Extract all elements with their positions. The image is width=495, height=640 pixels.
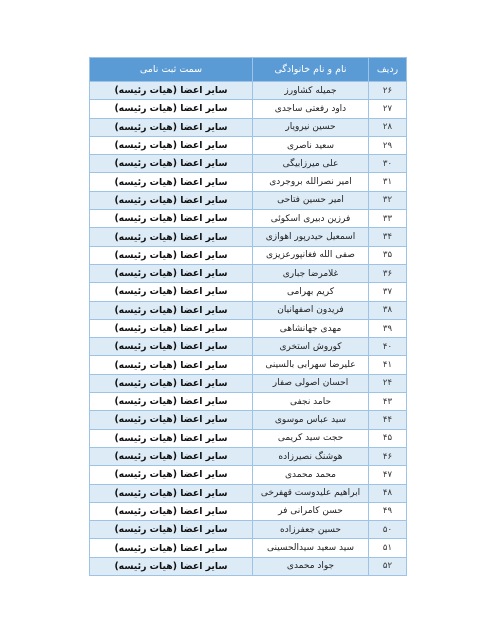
registration-position-cell: سایر اعضا (هیات رئیسه) [90, 557, 253, 575]
full-name-cell: علیرضا سهرابی بالسینی [253, 356, 369, 374]
full-name-cell: جمیله کشاورز [253, 82, 369, 100]
table-row: ۳۸فریدون اصفهانیانسایر اعضا (هیات رئیسه) [90, 301, 407, 319]
table-row: ۲۸حسین نیرویارسایر اعضا (هیات رئیسه) [90, 118, 407, 136]
full-name-cell: سید سعید سیدالحسینی [253, 539, 369, 557]
full-name-cell: احسان اصولی صفار [253, 374, 369, 392]
header-row-number: ردیف [369, 58, 407, 82]
table-row: ۴۴سید عباس موسویسایر اعضا (هیات رئیسه) [90, 411, 407, 429]
full-name-cell: سعید ناصری [253, 136, 369, 154]
registration-position-cell: سایر اعضا (هیات رئیسه) [90, 283, 253, 301]
registration-position-cell: سایر اعضا (هیات رئیسه) [90, 521, 253, 539]
registration-position-cell: سایر اعضا (هیات رئیسه) [90, 429, 253, 447]
full-name-cell: داود رفعتی ساجدی [253, 100, 369, 118]
row-number-cell: ۳۶ [369, 264, 407, 282]
table-row: ۳۰علی میرزابیگیسایر اعضا (هیات رئیسه) [90, 155, 407, 173]
row-number-cell: ۳۱ [369, 173, 407, 191]
row-number-cell: ۴۱ [369, 356, 407, 374]
full-name-cell: فرزین دبیری اسکوئی [253, 210, 369, 228]
full-name-cell: جواد محمدی [253, 557, 369, 575]
row-number-cell: ۵۰ [369, 521, 407, 539]
full-name-cell: صفی الله فغانپورعزیزی [253, 246, 369, 264]
registration-position-cell: سایر اعضا (هیات رئیسه) [90, 393, 253, 411]
row-number-cell: ۴۰ [369, 338, 407, 356]
table-row: ۴۸ابراهیم علیدوست قهفرخیسایر اعضا (هیات … [90, 484, 407, 502]
table-header-row: ردیف نام و نام خانوادگی سمت ثبت نامی [90, 58, 407, 82]
table-row: ۴۷محمد محمدیسایر اعضا (هیات رئیسه) [90, 466, 407, 484]
full-name-cell: حسین جعفرزاده [253, 521, 369, 539]
full-name-cell: حامد نجفی [253, 393, 369, 411]
row-number-cell: ۲۷ [369, 100, 407, 118]
full-name-cell: امیر حسین فتاحی [253, 191, 369, 209]
row-number-cell: ۵۲ [369, 557, 407, 575]
row-number-cell: ۴۶ [369, 447, 407, 465]
row-number-cell: ۳۸ [369, 301, 407, 319]
table-row: ۲۶جمیله کشاورزسایر اعضا (هیات رئیسه) [90, 82, 407, 100]
registration-position-cell: سایر اعضا (هیات رئیسه) [90, 319, 253, 337]
registration-position-cell: سایر اعضا (هیات رئیسه) [90, 118, 253, 136]
table-row: ۳۷کریم بهرامیسایر اعضا (هیات رئیسه) [90, 283, 407, 301]
table-row: ۳۱امیر نصرالله بروجردیسایر اعضا (هیات رئ… [90, 173, 407, 191]
row-number-cell: ۳۵ [369, 246, 407, 264]
row-number-cell: ۵۱ [369, 539, 407, 557]
full-name-cell: امیر نصرالله بروجردی [253, 173, 369, 191]
full-name-cell: حجت سید کریمی [253, 429, 369, 447]
registration-position-cell: سایر اعضا (هیات رئیسه) [90, 466, 253, 484]
full-name-cell: ابراهیم علیدوست قهفرخی [253, 484, 369, 502]
table-row: ۴۳حامد نجفیسایر اعضا (هیات رئیسه) [90, 393, 407, 411]
table-row: ۵۲جواد محمدیسایر اعضا (هیات رئیسه) [90, 557, 407, 575]
table-row: ۵۱سید سعید سیدالحسینیسایر اعضا (هیات رئی… [90, 539, 407, 557]
row-number-cell: ۳۴ [369, 228, 407, 246]
registration-position-cell: سایر اعضا (هیات رئیسه) [90, 191, 253, 209]
table-row: ۳۳فرزین دبیری اسکوئیسایر اعضا (هیات رئیس… [90, 210, 407, 228]
row-number-cell: ۴۸ [369, 484, 407, 502]
full-name-cell: علی میرزابیگی [253, 155, 369, 173]
row-number-cell: ۳۲ [369, 191, 407, 209]
table-row: ۲۹سعید ناصریسایر اعضا (هیات رئیسه) [90, 136, 407, 154]
row-number-cell: ۲۴ [369, 374, 407, 392]
full-name-cell: حسین نیرویار [253, 118, 369, 136]
full-name-cell: کریم بهرامی [253, 283, 369, 301]
registration-position-cell: سایر اعضا (هیات رئیسه) [90, 338, 253, 356]
header-full-name: نام و نام خانوادگی [253, 58, 369, 82]
full-name-cell: هوشنگ نصیرزاده [253, 447, 369, 465]
header-registration-position: سمت ثبت نامی [90, 58, 253, 82]
registration-position-cell: سایر اعضا (هیات رئیسه) [90, 484, 253, 502]
row-number-cell: ۲۹ [369, 136, 407, 154]
row-number-cell: ۴۵ [369, 429, 407, 447]
row-number-cell: ۲۶ [369, 82, 407, 100]
registration-position-cell: سایر اعضا (هیات رئیسه) [90, 100, 253, 118]
table-row: ۴۹حسن کامرانی فرسایر اعضا (هیات رئیسه) [90, 502, 407, 520]
registration-position-cell: سایر اعضا (هیات رئیسه) [90, 539, 253, 557]
registration-position-cell: سایر اعضا (هیات رئیسه) [90, 173, 253, 191]
members-table: ردیف نام و نام خانوادگی سمت ثبت نامی ۲۶ج… [89, 57, 407, 576]
row-number-cell: ۳۹ [369, 319, 407, 337]
table-row: ۳۲امیر حسین فتاحیسایر اعضا (هیات رئیسه) [90, 191, 407, 209]
row-number-cell: ۴۴ [369, 411, 407, 429]
registration-position-cell: سایر اعضا (هیات رئیسه) [90, 411, 253, 429]
table-row: ۳۹مهدی جهانشاهیسایر اعضا (هیات رئیسه) [90, 319, 407, 337]
registration-position-cell: سایر اعضا (هیات رئیسه) [90, 155, 253, 173]
row-number-cell: ۴۳ [369, 393, 407, 411]
full-name-cell: غلامرضا جباری [253, 264, 369, 282]
row-number-cell: ۴۷ [369, 466, 407, 484]
table-row: ۲۷داود رفعتی ساجدیسایر اعضا (هیات رئیسه) [90, 100, 407, 118]
table-row: ۴۰کوروش استخریسایر اعضا (هیات رئیسه) [90, 338, 407, 356]
table-row: ۴۵حجت سید کریمیسایر اعضا (هیات رئیسه) [90, 429, 407, 447]
registration-position-cell: سایر اعضا (هیات رئیسه) [90, 264, 253, 282]
full-name-cell: مهدی جهانشاهی [253, 319, 369, 337]
full-name-cell: کوروش استخری [253, 338, 369, 356]
full-name-cell: حسن کامرانی فر [253, 502, 369, 520]
table-body: ۲۶جمیله کشاورزسایر اعضا (هیات رئیسه)۲۷دا… [90, 82, 407, 576]
row-number-cell: ۲۸ [369, 118, 407, 136]
table-row: ۵۰حسین جعفرزادهسایر اعضا (هیات رئیسه) [90, 521, 407, 539]
row-number-cell: ۳۳ [369, 210, 407, 228]
registration-position-cell: سایر اعضا (هیات رئیسه) [90, 374, 253, 392]
full-name-cell: محمد محمدی [253, 466, 369, 484]
members-table-container: ردیف نام و نام خانوادگی سمت ثبت نامی ۲۶ج… [89, 57, 406, 576]
registration-position-cell: سایر اعضا (هیات رئیسه) [90, 301, 253, 319]
registration-position-cell: سایر اعضا (هیات رئیسه) [90, 246, 253, 264]
table-row: ۴۱علیرضا سهرابی بالسینیسایر اعضا (هیات ر… [90, 356, 407, 374]
row-number-cell: ۳۷ [369, 283, 407, 301]
full-name-cell: فریدون اصفهانیان [253, 301, 369, 319]
registration-position-cell: سایر اعضا (هیات رئیسه) [90, 210, 253, 228]
full-name-cell: سید عباس موسوی [253, 411, 369, 429]
registration-position-cell: سایر اعضا (هیات رئیسه) [90, 82, 253, 100]
registration-position-cell: سایر اعضا (هیات رئیسه) [90, 502, 253, 520]
registration-position-cell: سایر اعضا (هیات رئیسه) [90, 136, 253, 154]
registration-position-cell: سایر اعضا (هیات رئیسه) [90, 447, 253, 465]
table-row: ۳۵صفی الله فغانپورعزیزیسایر اعضا (هیات ر… [90, 246, 407, 264]
row-number-cell: ۴۹ [369, 502, 407, 520]
table-row: ۲۴احسان اصولی صفارسایر اعضا (هیات رئیسه) [90, 374, 407, 392]
row-number-cell: ۳۰ [369, 155, 407, 173]
table-row: ۳۴اسمعیل حیدرپور اهوازیسایر اعضا (هیات ر… [90, 228, 407, 246]
table-row: ۳۶غلامرضا جباریسایر اعضا (هیات رئیسه) [90, 264, 407, 282]
table-row: ۴۶هوشنگ نصیرزادهسایر اعضا (هیات رئیسه) [90, 447, 407, 465]
registration-position-cell: سایر اعضا (هیات رئیسه) [90, 228, 253, 246]
registration-position-cell: سایر اعضا (هیات رئیسه) [90, 356, 253, 374]
full-name-cell: اسمعیل حیدرپور اهوازی [253, 228, 369, 246]
